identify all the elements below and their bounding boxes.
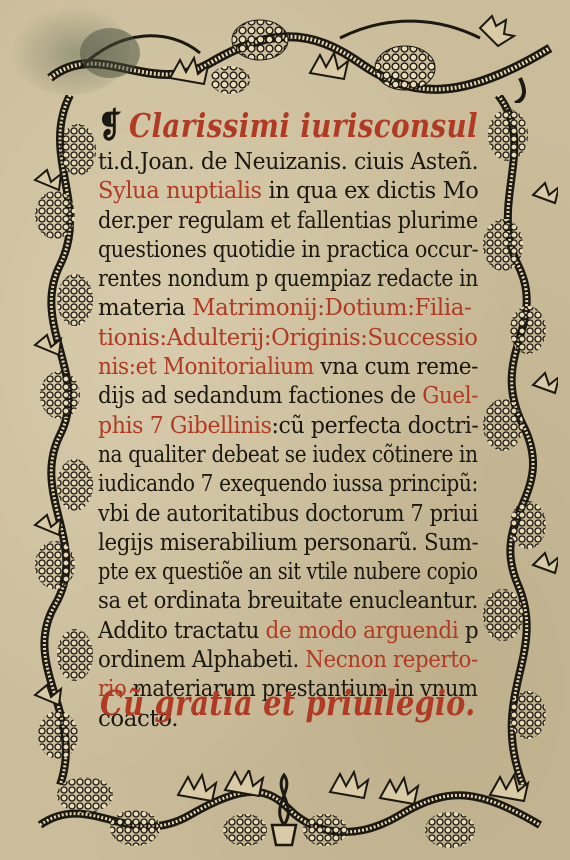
text-line: nis:et Monitorialium vna cum reme-: [98, 353, 456, 382]
text-line: rentes nondum p quempiaz redacte in: [98, 265, 436, 294]
title-page: ❡Clarissimi iurisconsul ti.d.Joan. de Ne…: [0, 0, 570, 860]
body-text: in qua ex dictis Mo: [262, 178, 479, 204]
body-text: vbi de autoritatibus doctorum 7 priui: [98, 501, 478, 527]
body-text: pte ex questiõe an sit vtile nubere copi…: [98, 559, 478, 585]
text-line: vbi de autoritatibus doctorum 7 priui: [98, 500, 445, 529]
body-lines: ti.d.Joan. de Neuizanis. ciuis Asteñ.Syl…: [98, 148, 480, 734]
text-line: Sylua nuptialis in qua ex dictis Mo: [98, 177, 472, 206]
privilege-line: Cũ gratia et priuilegio.: [100, 683, 413, 724]
text-line: legijs miserabilium personarũ. Sum-: [98, 529, 453, 558]
body-text: rentes nondum p quempiaz redacte in: [98, 266, 478, 292]
heading-line: ❡Clarissimi iurisconsul: [98, 104, 418, 148]
text-line: materia Matrimonij:Dotium:Filia-: [98, 294, 478, 323]
text-line: iudicando 7 exequendo iussa principũ:: [98, 470, 432, 499]
text-line: sa et ordinata breuitate enucleantur.: [98, 587, 449, 616]
rubric-text: Sylua nuptialis: [98, 178, 262, 204]
rubric-text: phis 7 Gibellinis: [98, 413, 272, 439]
rubric-text: Matrimonij:Dotium:Filia-: [192, 295, 471, 321]
body-text: materia: [98, 295, 192, 321]
text-line: ordinem Alphabeti. Necnon reperto-: [98, 646, 452, 675]
body-text: na qualiter debeat se iudex cõtinere in: [98, 442, 478, 468]
rubric-text: Necnon reperto-: [305, 647, 478, 673]
text-line: dijs ad sedandum factiones de Guel-: [98, 382, 454, 411]
text-line: Addito tractatu de modo arguendi p: [98, 617, 456, 646]
title-text-block: ❡Clarissimi iurisconsul ti.d.Joan. de Ne…: [98, 104, 480, 734]
rubric-text: tionis:Adulterij:Originis:Successio: [98, 325, 478, 351]
body-text: p: [458, 618, 478, 644]
body-text: :cũ perfecta doctri-: [272, 413, 479, 439]
woodcut-border-bottom: [20, 770, 560, 855]
text-line: phis 7 Gibellinis:cũ perfecta doctri-: [98, 412, 464, 441]
woodcut-border-left: [30, 95, 98, 785]
text-line: tionis:Adulterij:Originis:Successio: [98, 324, 476, 353]
heading-text: Clarissimi iurisconsul: [129, 106, 478, 145]
body-text: legijs miserabilium personarũ. Sum-: [98, 530, 478, 556]
paragraph-mark-icon: ❡: [98, 106, 122, 146]
rubric-text: de modo arguendi: [266, 618, 459, 644]
body-text: sa et ordinata breuitate enucleantur.: [98, 588, 478, 614]
body-text: vna cum reme-: [314, 354, 478, 380]
body-text: iudicando 7 exequendo iussa principũ:: [98, 471, 478, 497]
text-line: pte ex questiõe an sit vtile nubere copi…: [98, 558, 420, 587]
body-text: ti.d.Joan. de Neuizanis. ciuis Asteñ.: [98, 149, 478, 175]
body-text: ordinem Alphabeti.: [98, 647, 305, 673]
body-text: Addito tractatu: [98, 618, 266, 644]
text-line: na qualiter debeat se iudex cõtinere in: [98, 441, 431, 470]
text-line: ti.d.Joan. de Neuizanis. ciuis Asteñ.: [98, 148, 463, 177]
text-line: questiones quotidie in practica occur-: [98, 236, 439, 265]
body-text: der.per regulam et fallentias plurime: [98, 208, 478, 234]
text-line: der.per regulam et fallentias plurime: [98, 207, 447, 236]
rubric-text: Guel-: [422, 383, 478, 409]
woodcut-border-right: [478, 95, 558, 785]
body-text: questiones quotidie in practica occur-: [98, 237, 478, 263]
woodcut-border-top: [40, 8, 560, 103]
body-text: dijs ad sedandum factiones de: [98, 383, 422, 409]
rubric-text: nis:et Monitorialium: [98, 354, 314, 380]
